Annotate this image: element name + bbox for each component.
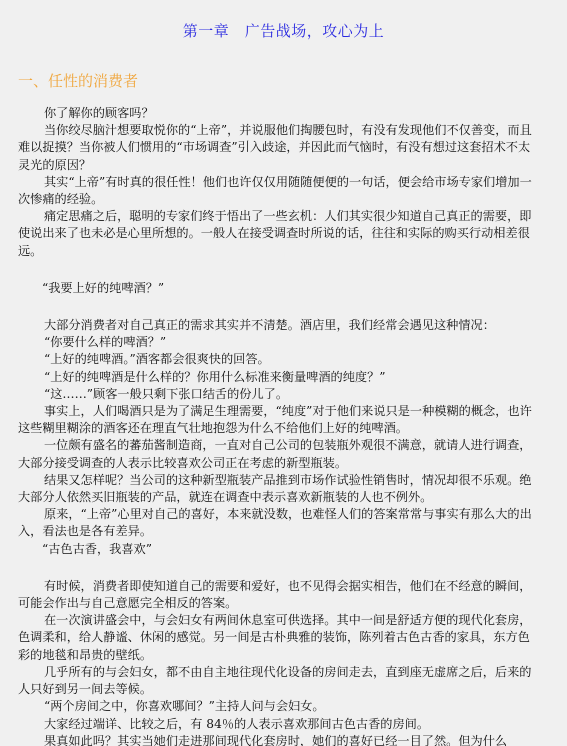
body-text: 你了解你的顾客吗？ 当你绞尽脑汁想要取悦你的“上帝”，并说服他们掏腰包时，有没有… bbox=[18, 105, 540, 746]
paragraph: 几乎所有的与会妇女，都不由自主地往现代化设备的房间走去，直到座无虚席之后，后来的… bbox=[18, 664, 540, 698]
paragraph: 事实上，人们喝酒只是为了满足生理需要，“纯度”对于他们来说只是一种模糊的概念，也… bbox=[18, 403, 540, 437]
paragraph: 原来，“上帝”心里对自己的喜好，本来就没数，也难怪人们的答案常常与事实有那么大的… bbox=[18, 506, 540, 540]
spacer bbox=[18, 558, 540, 578]
paragraph: 大部分消费者对自己真正的需求其实并不清楚。酒店里，我们经常会遇见这种情况： bbox=[18, 317, 540, 334]
section-heading: 一、任性的消费者 bbox=[18, 70, 138, 91]
paragraph: 结果又怎样呢？当公司的这种新型瓶装产品推到市场作试验性销售时，情况却很不乐观。绝… bbox=[18, 472, 540, 506]
dialogue-line: “上好的纯啤酒是什么样的？你用什么标准来衡量啤酒的纯度？” bbox=[18, 369, 540, 386]
paragraph: 你了解你的顾客吗？ bbox=[18, 105, 540, 122]
dialogue-line: “上好的纯啤酒。”酒客都会很爽快的回答。 bbox=[18, 351, 540, 368]
paragraph: 其实“上帝”有时真的很任性！他们也许仅仅用随随便便的一句话，便会给市场专家们增加… bbox=[18, 174, 540, 208]
paragraph: 果真如此吗？其实当她们走进那间现代化套房时，她们的喜好已经一目了然。但为什么 bbox=[18, 733, 540, 746]
spacer bbox=[18, 297, 540, 317]
paragraph: 当你绞尽脑汁想要取悦你的“上帝”，并说服他们掏腰包时，有没有发现他们不仅善变，而… bbox=[18, 122, 540, 174]
chapter-title: 第一章 广告战场，攻心为上 bbox=[0, 20, 567, 41]
paragraph: 在一次演讲盛会中，与会妇女有两间休息室可供选择。其中一间是舒适方便的现代化套房，… bbox=[18, 612, 540, 664]
dialogue-line: “两个房间之中，你喜欢哪间？”主持人问与会妇女。 bbox=[18, 698, 540, 715]
spacer bbox=[18, 260, 540, 280]
subheading-quote: “我要上好的纯啤酒？” bbox=[18, 280, 540, 297]
subheading-quote: “古色古香，我喜欢” bbox=[18, 541, 540, 558]
paragraph: 有时候，消费者即使知道自己的需要和爱好，也不见得会据实相告，他们在不经意的瞬间，… bbox=[18, 578, 540, 612]
paragraph: 一位颇有盛名的蕃茄酱制造商，一直对自己公司的包装瓶外观很不满意，就请人进行调查，… bbox=[18, 437, 540, 471]
paragraph: 痛定思痛之后，聪明的专家们终于悟出了一些玄机：人们其实很少知道自己真正的需要，即… bbox=[18, 208, 540, 260]
dialogue-line: “这……”顾客一般只剩下张口结舌的份儿了。 bbox=[18, 386, 540, 403]
paragraph: 大家经过端详、比较之后，有 84％的人表示喜欢那间古色古香的房间。 bbox=[18, 716, 540, 733]
dialogue-line: “你要什么样的啤酒？” bbox=[18, 334, 540, 351]
document-page: 第一章 广告战场，攻心为上 一、任性的消费者 你了解你的顾客吗？ 当你绞尽脑汁想… bbox=[0, 0, 567, 746]
